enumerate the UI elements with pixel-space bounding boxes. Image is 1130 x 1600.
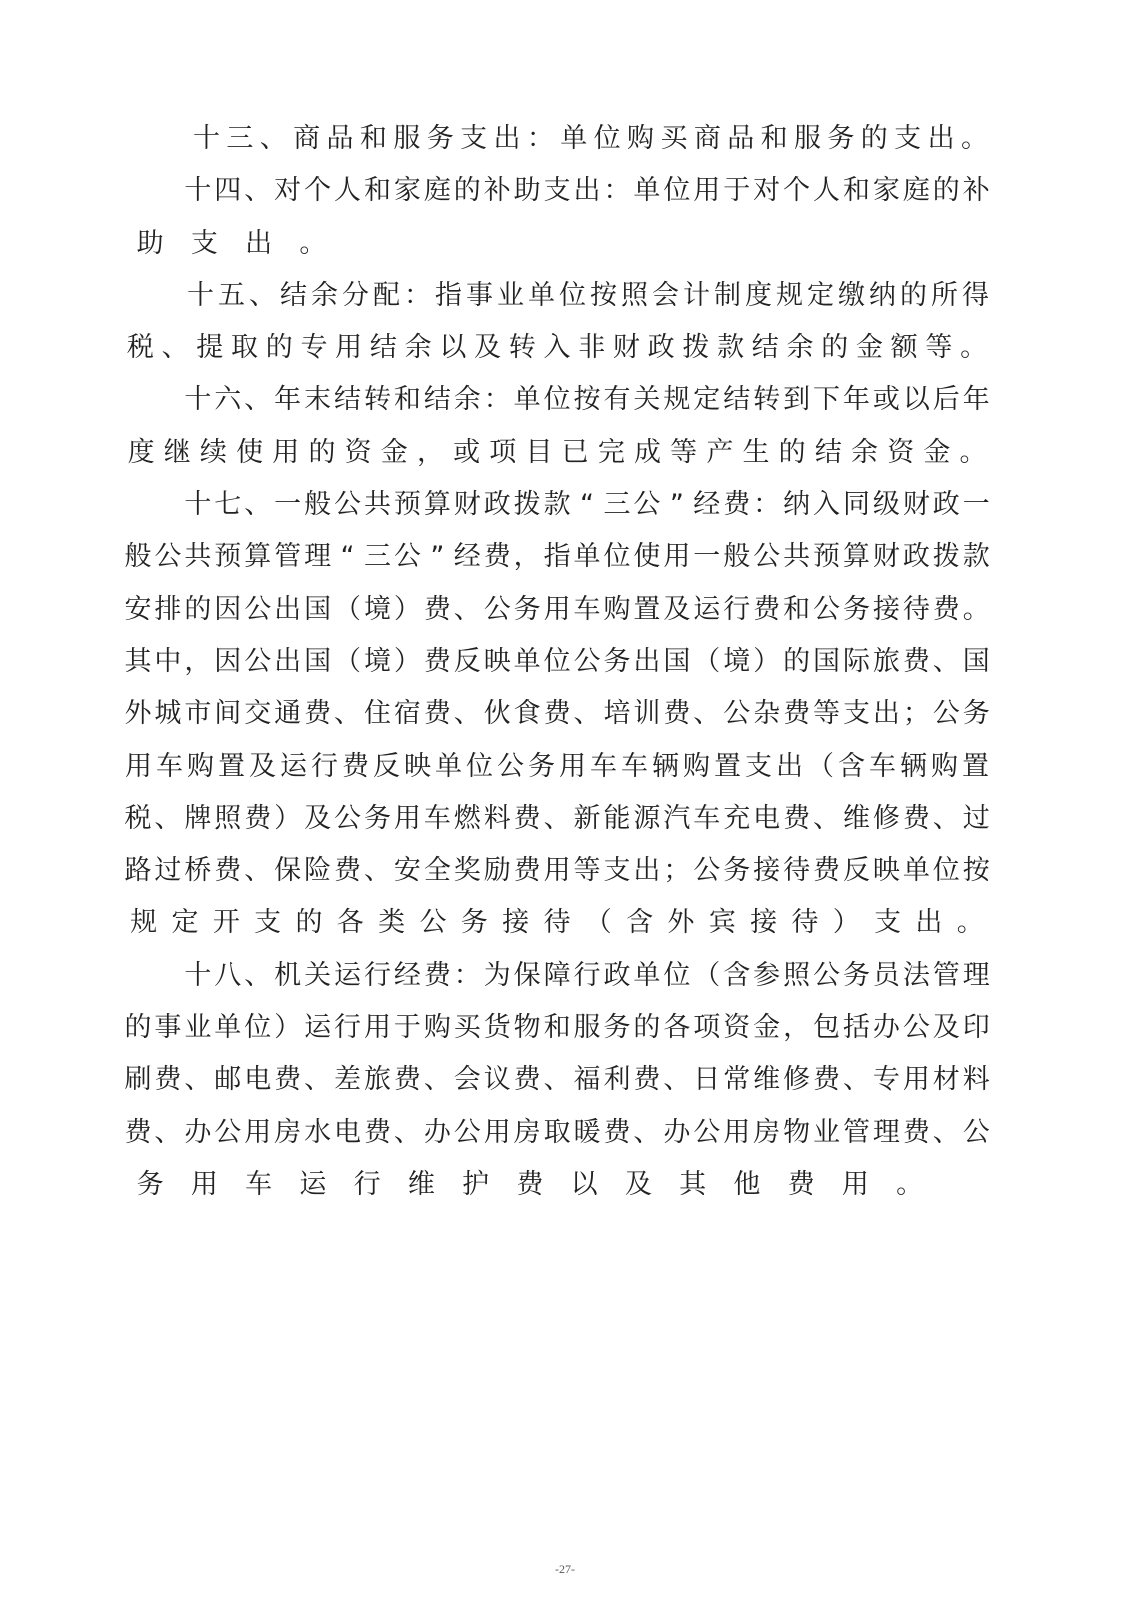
document-page: 十三、商品和服务支出：单位购买商品和服务的支出。 十四、对个人和家庭的补助支出：… bbox=[0, 0, 1130, 1600]
text-line: 其中，因公出国（境）费反映单位公务出国（境）的国际旅费、国 bbox=[123, 636, 991, 688]
text-line: 用车购置及运行费反映单位公务用车车辆购置支出（含车辆购置 bbox=[123, 741, 991, 793]
paragraph-16: 十六、年末结转和结余：单位按有关规定结转到下年或以后年度继续使用的资金，或项目已… bbox=[123, 374, 991, 479]
text-line: 的事业单位）运行用于购买货物和服务的各项资金，包括办公及印 bbox=[123, 1002, 991, 1054]
paragraph-14: 十四、对个人和家庭的补助支出：单位用于对个人和家庭的补助支出。 bbox=[123, 165, 991, 270]
text-line: 费、办公用房水电费、办公用房取暖费、办公用房物业管理费、公 bbox=[123, 1107, 991, 1159]
text-line: 税、牌照费）及公务用车燃料费、新能源汽车充电费、维修费、过 bbox=[123, 793, 991, 845]
page-number: -27- bbox=[0, 1562, 1130, 1577]
text-line: 助支出。 bbox=[123, 218, 991, 270]
text-line: 十四、对个人和家庭的补助支出：单位用于对个人和家庭的补 bbox=[123, 165, 991, 217]
paragraph-15: 十五、结余分配：指事业单位按照会计制度规定缴纳的所得税、提取的专用结余以及转入非… bbox=[123, 270, 991, 375]
text-line: 规定开支的各类公务接待（含外宾接待）支出。 bbox=[123, 897, 991, 949]
text-line: 刷费、邮电费、差旅费、会议费、福利费、日常维修费、专用材料 bbox=[123, 1054, 991, 1106]
text-line: 路过桥费、保险费、安全奖励费用等支出；公务接待费反映单位按 bbox=[123, 845, 991, 897]
paragraph-13: 十三、商品和服务支出：单位购买商品和服务的支出。 bbox=[123, 113, 991, 165]
text-line: 度继续使用的资金，或项目已完成等产生的结余资金。 bbox=[123, 427, 991, 479]
text-line: 十五、结余分配：指事业单位按照会计制度规定缴纳的所得 bbox=[123, 270, 991, 322]
text-line: 十六、年末结转和结余：单位按有关规定结转到下年或以后年 bbox=[123, 374, 991, 426]
text-line: 十七、一般公共预算财政拨款“三公”经费：纳入同级财政一 bbox=[123, 479, 991, 531]
paragraph-17: 十七、一般公共预算财政拨款“三公”经费：纳入同级财政一般公共预算管理“三公”经费… bbox=[123, 479, 991, 950]
text-line: 般公共预算管理“三公”经费，指单位使用一般公共预算财政拨款 bbox=[123, 531, 991, 583]
text-line: 安排的因公出国（境）费、公务用车购置及运行费和公务接待费。 bbox=[123, 584, 991, 636]
text-line: 税、提取的专用结余以及转入非财政拨款结余的金额等。 bbox=[123, 322, 991, 374]
text-line: 十三、商品和服务支出：单位购买商品和服务的支出。 bbox=[123, 113, 991, 165]
paragraph-18: 十八、机关运行经费：为保障行政单位（含参照公务员法管理的事业单位）运行用于购买货… bbox=[123, 950, 991, 1211]
text-line: 十八、机关运行经费：为保障行政单位（含参照公务员法管理 bbox=[123, 950, 991, 1002]
document-body: 十三、商品和服务支出：单位购买商品和服务的支出。 十四、对个人和家庭的补助支出：… bbox=[123, 113, 991, 1211]
text-line: 务用车运行维护费以及其他费用。 bbox=[123, 1159, 991, 1211]
text-line: 外城市间交通费、住宿费、伙食费、培训费、公杂费等支出；公务 bbox=[123, 688, 991, 740]
